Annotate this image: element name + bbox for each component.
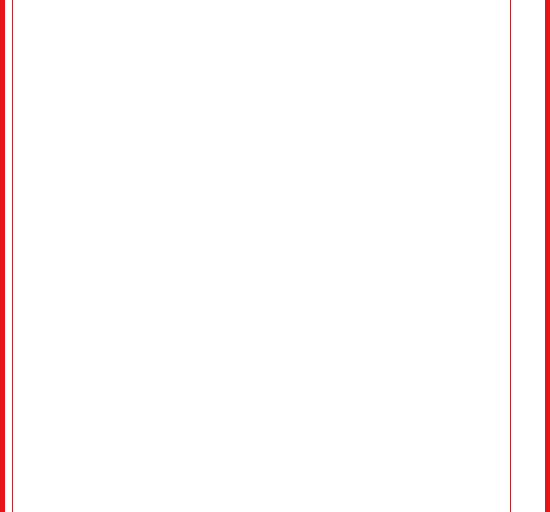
right-inner-rule [510,0,511,512]
document-scan-image [13,0,510,395]
right-red-border [545,0,550,512]
left-red-border [0,0,5,512]
